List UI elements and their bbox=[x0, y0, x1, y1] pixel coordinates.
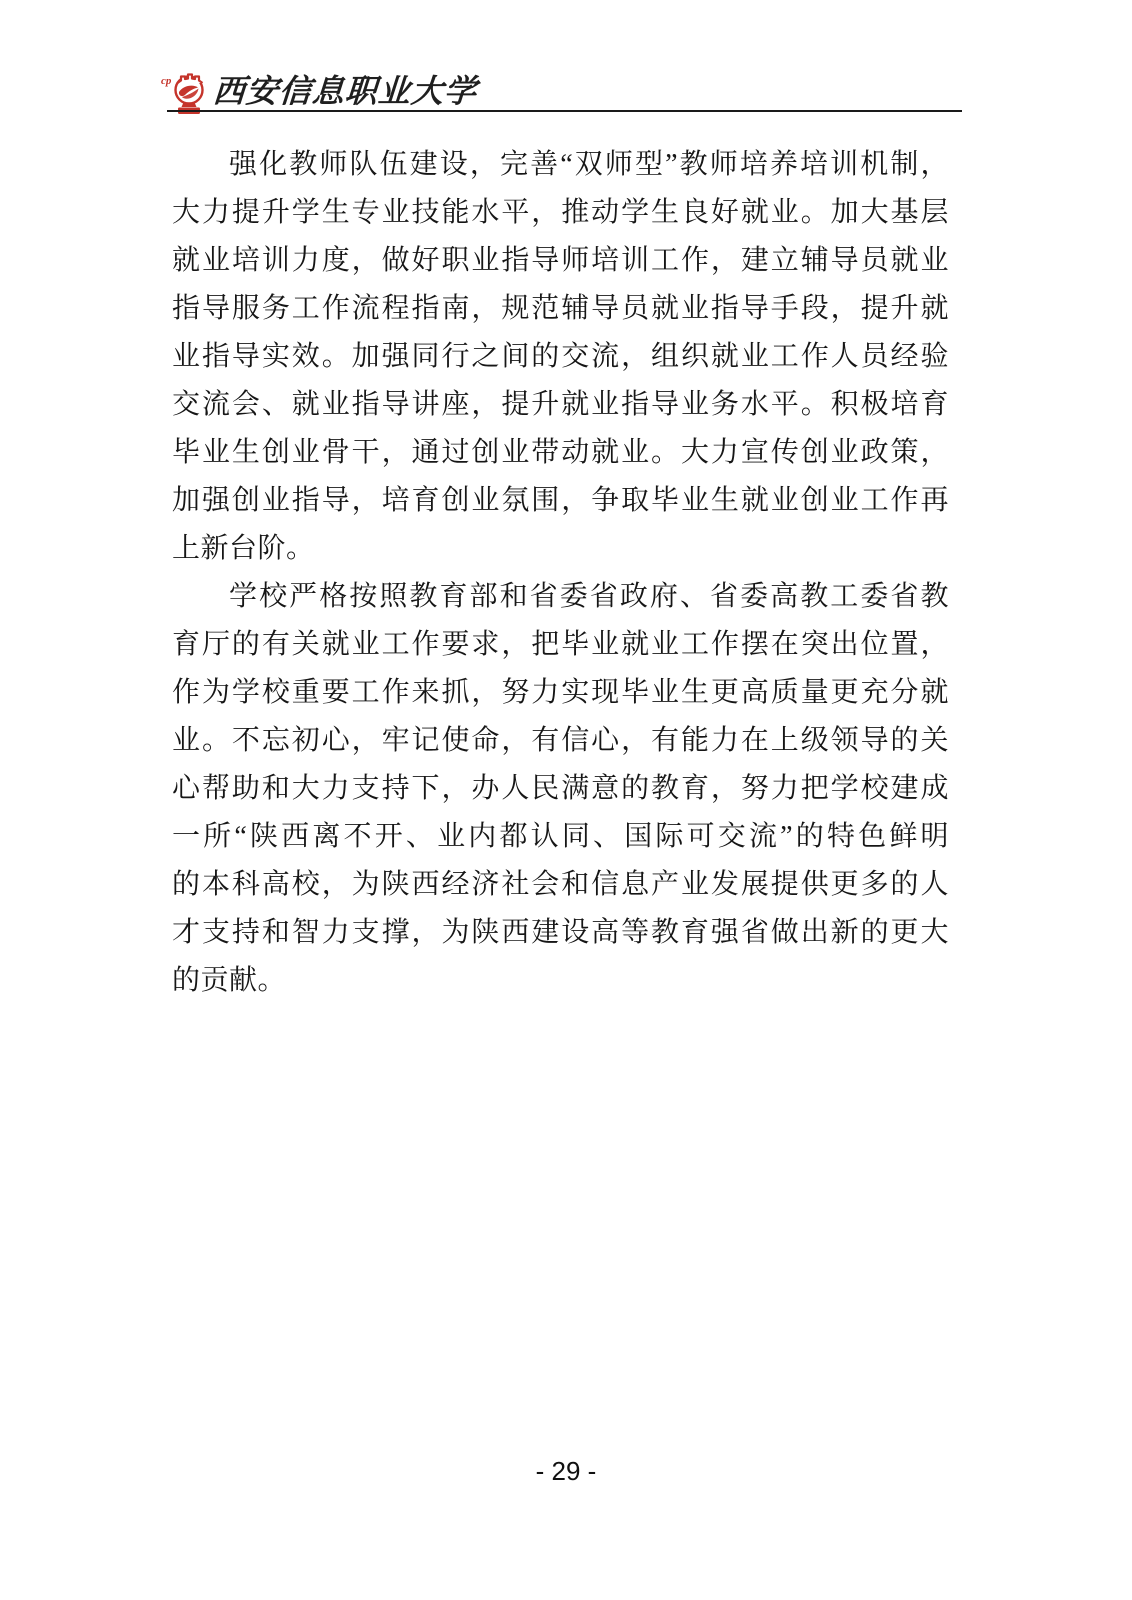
text-line: 的贡献。 bbox=[172, 957, 949, 1005]
logo-monogram: cp bbox=[161, 75, 172, 87]
document-page: cp 西安信息职业大学 强化教师队伍建设，完善“双师型”教师培养培训机制， 大力… bbox=[0, 0, 1132, 1600]
text-line: 交流会、就业指导讲座，提升就业指导业务水平。积极培育 bbox=[172, 381, 949, 429]
text-line: 强化教师队伍建设，完善“双师型”教师培养培训机制， bbox=[172, 141, 949, 189]
text-line: 的本科高校，为陕西经济社会和信息产业发展提供更多的人 bbox=[172, 861, 949, 909]
text-line: 学校严格按照教育部和省委省政府、省委高教工委省教 bbox=[172, 573, 949, 621]
text-line: 一所“陕西离不开、业内都认同、国际可交流”的特色鲜明 bbox=[172, 813, 949, 861]
text-line: 上新台阶。 bbox=[172, 525, 949, 573]
university-name: 西安信息职业大学 bbox=[212, 72, 479, 110]
header-rule bbox=[167, 110, 962, 112]
paragraph-2: 学校严格按照教育部和省委省政府、省委高教工委省教 育厅的有关就业工作要求，把毕业… bbox=[172, 573, 949, 1005]
text-line: 才支持和智力支撑，为陕西建设高等教育强省做出新的更大 bbox=[172, 909, 949, 957]
text-line: 就业培训力度，做好职业指导师培训工作，建立辅导员就业 bbox=[172, 237, 949, 285]
text-line: 育厅的有关就业工作要求，把毕业就业工作摆在突出位置， bbox=[172, 621, 949, 669]
university-logo: cp bbox=[161, 70, 211, 123]
text-line: 业指导实效。加强同行之间的交流，组织就业工作人员经验 bbox=[172, 333, 949, 381]
text-line: 作为学校重要工作来抓，努力实现毕业生更高质量更充分就 bbox=[172, 669, 949, 717]
document-body: 强化教师队伍建设，完善“双师型”教师培养培训机制， 大力提升学生专业技能水平，推… bbox=[172, 141, 949, 1005]
text-line: 毕业生创业骨干，通过创业带动就业。大力宣传创业政策， bbox=[172, 429, 949, 477]
text-line: 大力提升学生专业技能水平，推动学生良好就业。加大基层 bbox=[172, 189, 949, 237]
paragraph-1: 强化教师队伍建设，完善“双师型”教师培养培训机制， 大力提升学生专业技能水平，推… bbox=[172, 141, 949, 573]
text-line: 业。不忘初心，牢记使命，有信心，有能力在上级领导的关 bbox=[172, 717, 949, 765]
page-number: - 29 - bbox=[0, 1456, 1132, 1487]
text-line: 心帮助和大力支持下，办人民满意的教育，努力把学校建成 bbox=[172, 765, 949, 813]
text-line: 加强创业指导，培育创业氛围，争取毕业生就业创业工作再 bbox=[172, 477, 949, 525]
text-line: 指导服务工作流程指南，规范辅导员就业指导手段，提升就 bbox=[172, 285, 949, 333]
